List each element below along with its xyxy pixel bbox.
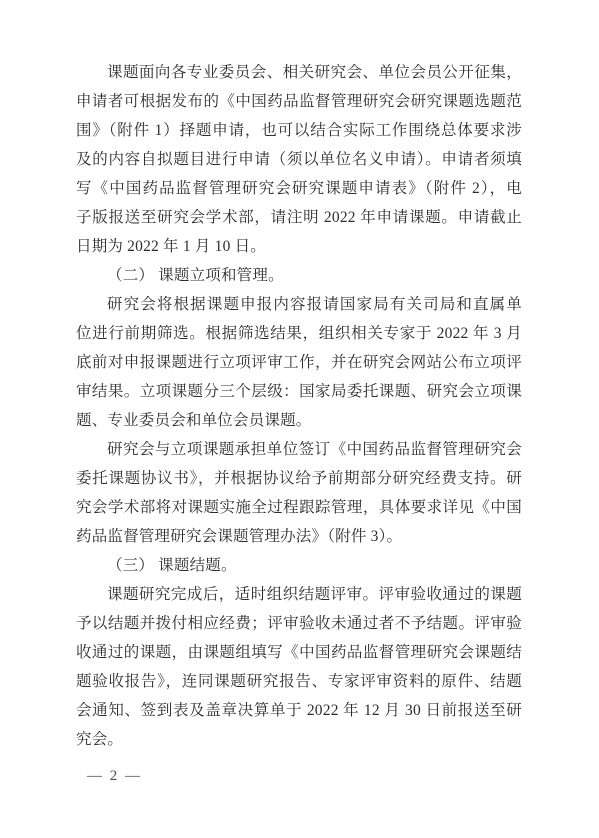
text-line: 底前对申报课题进行立项评审工作，并在研究会网站公布立项评 <box>76 348 522 377</box>
document-body: 课题面向各专业委员会、相关研究会、单位会员公开征集，申请者可根据发布的《中国药品… <box>76 58 522 754</box>
text-line: 位进行前期筛选。根据筛选结果，组织相关专家于 2022 年 3 月 <box>76 319 522 348</box>
text-line: （二） 课题立项和管理。 <box>76 261 522 290</box>
document-page: 课题面向各专业委员会、相关研究会、单位会员公开征集，申请者可根据发布的《中国药品… <box>0 0 599 838</box>
text-line: 研究会与立项课题承担单位签订《中国药品监督管理研究会 <box>76 435 522 464</box>
text-line: 会通知、签到表及盖章决算单于 2022 年 12 月 30 日前报送至研 <box>76 696 522 725</box>
text-line: 收通过的课题，由课题组填写《中国药品监督管理研究会课题结 <box>76 638 522 667</box>
text-line: 写《中国药品监督管理研究会研究课题申请表》（附件 2），电 <box>76 174 522 203</box>
text-line: 研究会将根据课题申报内容报请国家局有关司局和直属单 <box>76 290 522 319</box>
text-line: 题、专业委员会和单位会员课题。 <box>76 406 522 435</box>
text-line: 子版报送至研究会学术部，请注明 2022 年申请课题。申请截止 <box>76 203 522 232</box>
text-line: 及的内容自拟题目进行申请（须以单位名义申请）。申请者须填 <box>76 145 522 174</box>
text-line: 委托课题协议书》，并根据协议给予前期部分研究经费支持。研 <box>76 464 522 493</box>
text-line: 药品监督管理研究会课题管理办法》（附件 3）。 <box>76 522 522 551</box>
text-line: （三） 课题结题。 <box>76 551 522 580</box>
text-line: 究会。 <box>76 725 522 754</box>
text-line: 日期为 2022 年 1 月 10 日。 <box>76 232 522 261</box>
page-number: — 2 — <box>87 766 142 786</box>
text-line: 究会学术部将对课题实施全过程跟踪管理，具体要求详见《中国 <box>76 493 522 522</box>
text-line: 申请者可根据发布的《中国药品监督管理研究会研究课题选题范 <box>76 87 522 116</box>
text-line: 题验收报告》，连同课题研究报告、专家评审资料的原件、结题 <box>76 667 522 696</box>
text-line: 课题研究完成后，适时组织结题评审。评审验收通过的课题 <box>76 580 522 609</box>
text-line: 予以结题并拨付相应经费；评审验收未通过者不予结题。评审验 <box>76 609 522 638</box>
text-line: 课题面向各专业委员会、相关研究会、单位会员公开征集， <box>76 58 522 87</box>
text-line: 围》（附件 1）择题申请，也可以结合实际工作围绕总体要求涉 <box>76 116 522 145</box>
text-line: 审结果。立项课题分三个层级：国家局委托课题、研究会立项课 <box>76 377 522 406</box>
